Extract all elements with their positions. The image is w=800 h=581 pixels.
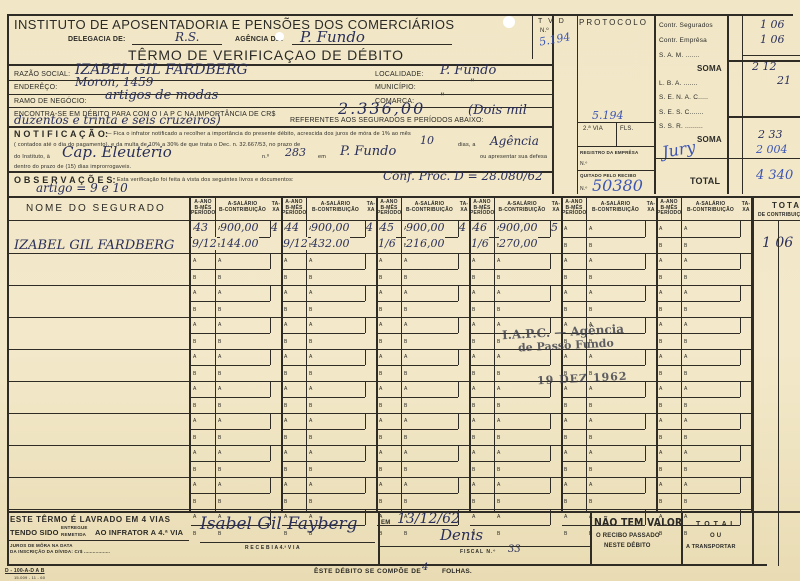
row-a-marker: A xyxy=(497,386,500,392)
summary-label: S. S. R. ......... xyxy=(659,123,703,130)
row-a-marker: A xyxy=(684,450,687,456)
row-b-marker: B xyxy=(404,307,407,313)
periodo-header: A-ANOB-MÊSPERÍODO xyxy=(377,200,401,217)
row-a-marker: A xyxy=(309,258,312,264)
summary-label: SOMA xyxy=(697,135,722,144)
row-a-marker: A xyxy=(404,482,407,488)
row-b-marker: B xyxy=(564,467,567,473)
row-a-marker: A xyxy=(379,386,382,392)
row-a-marker: A xyxy=(497,354,500,360)
summary-label: S. E. N. A. C..... xyxy=(659,94,708,101)
row-b-marker: B xyxy=(193,435,196,441)
row-a-marker: A xyxy=(218,418,221,424)
row-b-marker: B xyxy=(659,243,662,249)
row-a-marker: A xyxy=(684,258,687,264)
row-a-marker: A xyxy=(472,482,475,488)
row-a-marker: A xyxy=(564,386,567,392)
period-year: 46 xyxy=(473,221,487,234)
row-b-marker: B xyxy=(659,307,662,313)
row-b-marker: B xyxy=(309,339,312,345)
row-a-marker: A xyxy=(589,386,592,392)
protocolo-number: 5.194 xyxy=(592,109,624,122)
row-b-marker: B xyxy=(472,435,475,441)
row-b-marker: B xyxy=(309,467,312,473)
row-a-marker: A xyxy=(218,482,221,488)
ramo-label: RAMO DE NEGÓCIO: xyxy=(14,98,87,105)
date-stamp: 19 DEZ 1962 xyxy=(537,370,628,388)
registro-no: N.º xyxy=(580,161,587,167)
row-b-marker: B xyxy=(193,531,196,537)
row-b-marker: B xyxy=(497,371,500,377)
row-a-marker: A xyxy=(379,290,382,296)
row-b-marker: B xyxy=(193,403,196,409)
row-a-marker: A xyxy=(404,354,407,360)
periodo-header: A-ANOB-MÊSPERÍODO xyxy=(191,200,215,217)
row-b-marker: B xyxy=(379,467,382,473)
registro-label: REGISTRO DA EMPRÊSA xyxy=(580,150,638,155)
summary-value: 1 06 xyxy=(760,33,785,46)
prazo-value: 10 xyxy=(420,134,434,147)
period-months: 9/12 xyxy=(192,237,217,250)
row-a-marker: A xyxy=(193,514,196,520)
form-code: D - 100-A-D A B xyxy=(5,568,45,574)
row-a-marker: A xyxy=(193,482,196,488)
row-b-marker: B xyxy=(684,371,687,377)
row-b-marker: B xyxy=(589,435,592,441)
row-b-marker: B xyxy=(404,435,407,441)
row-b-marker: B xyxy=(564,243,567,249)
entregue-option: ENTREGUE xyxy=(61,525,88,530)
summary-total-label: TOTAL xyxy=(690,176,720,186)
row-b-marker: B xyxy=(659,275,662,281)
salario-header: A-SALÁRIOB-CONTRIBUIÇÃO xyxy=(215,202,270,213)
row-b-marker: B xyxy=(659,467,662,473)
via-label: 2.ª VIA xyxy=(583,126,603,132)
row-a-marker: A xyxy=(193,322,196,328)
row-a-marker: A xyxy=(659,226,662,232)
contribution-value: 432.00 xyxy=(311,237,350,250)
row-a-marker: A xyxy=(564,290,567,296)
row-a-marker: A xyxy=(659,450,662,456)
em-label: em xyxy=(318,154,326,160)
row-b-marker: B xyxy=(589,307,592,313)
row-a-marker: A xyxy=(564,514,567,520)
row-b-marker: B xyxy=(684,243,687,249)
summary-total-value: 4 340 xyxy=(756,168,793,183)
row-b-marker: B xyxy=(404,531,407,537)
numero-label: n.º xyxy=(262,154,269,160)
row-a-marker: A xyxy=(404,290,407,296)
row-b-marker: B xyxy=(564,307,567,313)
row-a-marker: A xyxy=(309,386,312,392)
row-a-marker: A xyxy=(659,418,662,424)
row-b-marker: B xyxy=(497,339,500,345)
row-b-marker: B xyxy=(379,339,382,345)
numero-value: 283 xyxy=(285,146,306,159)
row-a-marker: A xyxy=(589,290,592,296)
municipio-value: " xyxy=(470,78,475,89)
row-a-marker: A xyxy=(564,450,567,456)
fiscal-number: 33 xyxy=(508,544,521,555)
row-a-marker: A xyxy=(589,482,592,488)
row-a-marker: A xyxy=(684,290,687,296)
period-year: 44 xyxy=(285,221,299,234)
salary-value: 900,00 xyxy=(311,221,350,234)
row-b-marker: B xyxy=(472,275,475,281)
row-a-marker: A xyxy=(497,514,500,520)
row-b-marker: B xyxy=(193,371,196,377)
row-b-marker: B xyxy=(497,403,500,409)
row-b-marker: B xyxy=(284,467,287,473)
row-a-marker: A xyxy=(564,482,567,488)
folhas-count: 4 xyxy=(422,562,428,573)
notificacao-text: do Instituto, à xyxy=(14,154,50,160)
row-b-marker: B xyxy=(218,435,221,441)
notificacao-text: — Fica o infrator notificado a recolher … xyxy=(106,131,411,137)
row-a-marker: A xyxy=(497,482,500,488)
row-b-marker: B xyxy=(589,403,592,409)
form-title: TÊRMO DE VERIFICAÇAO DE DÉBITO xyxy=(128,47,404,63)
row-a-marker: A xyxy=(379,322,382,328)
salario-header: A-SALÁRIOB-CONTRIBUIÇÃO xyxy=(401,202,458,213)
row-a-marker: A xyxy=(589,418,592,424)
row-a-marker: A xyxy=(284,386,287,392)
salario-header: A-SALÁRIOB-CONTRIBUIÇÃO xyxy=(586,202,645,213)
row-b-marker: B xyxy=(497,435,500,441)
row-b-marker: B xyxy=(589,499,592,505)
row-b-marker: B xyxy=(284,499,287,505)
row-b-marker: B xyxy=(564,403,567,409)
localidade-value: P. Fundo xyxy=(440,63,496,78)
row-a-marker: A xyxy=(404,386,407,392)
row-b-marker: B xyxy=(379,371,382,377)
row-a-marker: A xyxy=(379,258,382,264)
comarca-value: " xyxy=(440,92,445,103)
summary-label: S. A. M. ....... xyxy=(659,52,699,59)
row-a-marker: A xyxy=(472,386,475,392)
row-a-marker: A xyxy=(589,354,592,360)
salario-header: A-SALÁRIOB-CONTRIBUIÇÃO xyxy=(681,202,740,213)
salario-header: A-SALÁRIOB-CONTRIBUIÇÃO xyxy=(306,202,365,213)
summary-label: Contr. Emprêsa xyxy=(659,37,707,44)
summary-value: 2 004 xyxy=(756,143,788,156)
row-a-marker: A xyxy=(309,450,312,456)
row-b-marker: B xyxy=(218,467,221,473)
row-a-marker: A xyxy=(284,418,287,424)
row-b-marker: B xyxy=(659,435,662,441)
row-b-marker: B xyxy=(284,371,287,377)
notificacao-text: dias, a xyxy=(458,142,476,148)
row-b-marker: B xyxy=(218,403,221,409)
row-b-marker: B xyxy=(589,467,592,473)
row-a-marker: A xyxy=(193,290,196,296)
row-b-marker: B xyxy=(193,275,196,281)
row-a-marker: A xyxy=(684,354,687,360)
ao-infrator-text: AO INFRATOR A 4.ª VIA xyxy=(95,528,183,537)
notificacao-title: N O T I F I C A Ç Ã O: xyxy=(14,129,108,139)
row-a-marker: A xyxy=(472,258,475,264)
row-a-marker: A xyxy=(659,322,662,328)
notificacao-address: Cap. Eleutério xyxy=(62,143,172,161)
tendo-sido-text: TENDO SIDO xyxy=(10,528,59,537)
row-a-marker: A xyxy=(684,226,687,232)
row-a-marker: A xyxy=(659,354,662,360)
row-a-marker: A xyxy=(497,258,500,264)
row-a-marker: A xyxy=(659,258,662,264)
row-b-marker: B xyxy=(284,403,287,409)
row-b-marker: B xyxy=(309,275,312,281)
row-b-marker: B xyxy=(404,467,407,473)
row-b-marker: B xyxy=(193,307,196,313)
row-a-marker: A xyxy=(218,450,221,456)
summary-value: 21 xyxy=(777,74,791,87)
row-b-marker: B xyxy=(497,307,500,313)
transportar-label: A TRANSPORTAR xyxy=(686,544,736,550)
tvd-label: T V D xyxy=(538,18,566,25)
row-a-marker: A xyxy=(193,258,196,264)
razao-social-label: RAZÃO SOCIAL: xyxy=(14,71,70,78)
row-b-marker: B xyxy=(218,499,221,505)
row-a-marker: A xyxy=(659,386,662,392)
row-b-marker: B xyxy=(218,371,221,377)
row-b-marker: B xyxy=(472,403,475,409)
agencia-value: P. Fundo xyxy=(300,28,365,46)
row-a-marker: A xyxy=(497,322,500,328)
row-a-marker: A xyxy=(472,322,475,328)
row-b-marker: B xyxy=(497,467,500,473)
fiscal-label: FISCAL N.º xyxy=(460,549,496,555)
row-a-marker: A xyxy=(218,386,221,392)
salary-value: 900,00 xyxy=(220,221,259,234)
summary-label: Contr. Segurados xyxy=(659,22,713,29)
row-b-marker: B xyxy=(193,467,196,473)
folhas-label: FOLHAS. xyxy=(442,568,472,575)
row-b-marker: B xyxy=(684,531,687,537)
row-b-marker: B xyxy=(284,307,287,313)
row-a-marker: A xyxy=(684,482,687,488)
row-b-marker: B xyxy=(684,275,687,281)
row-b-marker: B xyxy=(379,275,382,281)
summary-label: L. B. A. ....... xyxy=(659,80,698,87)
row-b-marker: B xyxy=(684,499,687,505)
row-a-marker: A xyxy=(497,418,500,424)
row-a-marker: A xyxy=(284,482,287,488)
row-b-marker: B xyxy=(472,499,475,505)
fls-label: FLS. xyxy=(620,126,633,132)
notificacao-city: P. Fundo xyxy=(340,144,396,159)
row-a-marker: A xyxy=(472,354,475,360)
row-a-marker: A xyxy=(379,450,382,456)
delegacia-value: R.S. xyxy=(175,30,199,44)
row-a-marker: A xyxy=(684,514,687,520)
punch-hole xyxy=(503,16,515,28)
total-subheader: DE CONTRIBUIÇÃO xyxy=(758,212,800,218)
row-b-marker: B xyxy=(379,499,382,505)
juros-text: JUROS DE MÔRA NA DATA xyxy=(10,543,73,548)
row-b-marker: B xyxy=(497,531,500,537)
row-b-marker: B xyxy=(309,499,312,505)
period-months: 1/6 xyxy=(378,237,396,250)
notificacao-text: dentro do prazo de (15) dias improrrogav… xyxy=(14,164,131,170)
em-date-value: 13/12/62 xyxy=(397,511,460,527)
salary-value: 900,00 xyxy=(406,221,445,234)
row-a-marker: A xyxy=(564,226,567,232)
row-a-marker: A xyxy=(309,418,312,424)
row-b-marker: B xyxy=(564,435,567,441)
debit-verification-form: INSTITUTO DE APOSENTADORIA E PENSÕES DOS… xyxy=(0,0,800,581)
row-b-marker: B xyxy=(472,339,475,345)
row-a-marker: A xyxy=(309,322,312,328)
row-b-marker: B xyxy=(218,339,221,345)
total-ou-label: O U xyxy=(710,533,721,539)
rate-value: 5 xyxy=(551,221,558,234)
row-a-marker: A xyxy=(684,386,687,392)
observacoes-value-2: artigo = 9 e 10 xyxy=(36,181,128,195)
periodo-header: A-ANOB-MÊSPERÍODO xyxy=(282,200,306,217)
row-b-marker: B xyxy=(684,339,687,345)
row-b-marker: B xyxy=(684,467,687,473)
period-months: 1/6 xyxy=(471,237,489,250)
compoe-label: ÊSTE DÉBITO SE COMPÕE DE xyxy=(314,568,421,575)
row-a-marker: A xyxy=(472,418,475,424)
row-b-marker: B xyxy=(472,371,475,377)
observacoes-value: Conf. Proc. D = 28.080/62 xyxy=(383,169,543,183)
row-a-marker: A xyxy=(193,450,196,456)
row-b-marker: B xyxy=(564,531,567,537)
row-b-marker: B xyxy=(684,403,687,409)
institute-name: INSTITUTO DE APOSENTADORIA E PENSÕES DOS… xyxy=(14,17,454,32)
juros-text-2: DA INSCRIÇÃO DA DÍVIDA: Cr$ ............… xyxy=(10,549,110,554)
row-b-marker: B xyxy=(472,307,475,313)
row-a-marker: A xyxy=(497,290,500,296)
row-b-marker: B xyxy=(472,467,475,473)
row-a-marker: A xyxy=(284,258,287,264)
row-a-marker: A xyxy=(472,450,475,456)
recibo-text: O RECIBO PASSADO xyxy=(596,533,660,539)
row-a-marker: A xyxy=(218,258,221,264)
municipio-label: MUNICÍPIO: xyxy=(375,84,416,91)
periodo-header: A-ANOB-MÊSPERÍODO xyxy=(657,200,681,217)
row-a-marker: A xyxy=(564,354,567,360)
row-b-marker: B xyxy=(564,275,567,281)
row-a-marker: A xyxy=(218,290,221,296)
endereco-value: Moron, 1459 xyxy=(75,75,153,89)
agencia-destination: Agência xyxy=(490,134,539,148)
row-b-marker: B xyxy=(404,371,407,377)
row-b-marker: B xyxy=(404,499,407,505)
row-b-marker: B xyxy=(284,275,287,281)
row-a-marker: A xyxy=(379,418,382,424)
delegacia-label: DELEGACIA DE: xyxy=(68,36,126,43)
summary-label: S. E. S. C....... xyxy=(659,109,704,116)
row-a-marker: A xyxy=(684,418,687,424)
row-a-marker: A xyxy=(309,290,312,296)
referentes-label: REFERENTES AOS SEGURADOS E PERÍODOS ABAI… xyxy=(290,117,484,124)
amount-words-2: duzentos e trinta e seis cruzeiros) xyxy=(14,113,221,127)
row-b-marker: B xyxy=(659,371,662,377)
period-months: 9/12 xyxy=(283,237,308,250)
row-a-marker: A xyxy=(284,450,287,456)
protocolo-label: PROTOCOLO xyxy=(579,18,648,27)
form-print-code: 15.009 - 11 - 60 xyxy=(14,575,45,580)
row-a-marker: A xyxy=(659,482,662,488)
row-a-marker: A xyxy=(564,258,567,264)
lavrado-text: ESTE TÊRMO É LAVRADO EM 4 VIAS xyxy=(10,515,171,524)
row-b-marker: B xyxy=(404,403,407,409)
row-b-marker: B xyxy=(404,339,407,345)
punch-hole xyxy=(275,32,284,41)
contribution-value: 144.00 xyxy=(220,237,259,250)
row-a-marker: A xyxy=(218,322,221,328)
row-b-marker: B xyxy=(379,435,382,441)
row-a-marker: A xyxy=(404,450,407,456)
notificacao-text: ou apresentar sua defesa xyxy=(480,154,547,160)
row-a-marker: A xyxy=(379,482,382,488)
rate-value: 4 xyxy=(271,221,278,234)
row-a-marker: A xyxy=(404,258,407,264)
row-b-marker: B xyxy=(564,499,567,505)
recibo-text-2: NESTE DÉBITO xyxy=(604,543,651,549)
row-b-marker: B xyxy=(404,275,407,281)
period-year: 45 xyxy=(380,221,394,234)
endereco-label: ENDERÊÇO: xyxy=(14,84,57,91)
row-b-marker: B xyxy=(379,403,382,409)
row-b-marker: B xyxy=(659,403,662,409)
row-a-marker: A xyxy=(589,258,592,264)
row-a-marker: A xyxy=(472,514,475,520)
periodo-header: A-ANOB-MÊSPERÍODO xyxy=(470,200,494,217)
fiscal-signature: Denis xyxy=(440,526,483,544)
row-a-marker: A xyxy=(284,290,287,296)
row-b-marker: B xyxy=(309,403,312,409)
row-b-marker: B xyxy=(309,371,312,377)
row-a-marker: A xyxy=(309,482,312,488)
rate-value: 4 xyxy=(366,221,373,234)
rate-value: 4 xyxy=(459,221,466,234)
row-a-marker: A xyxy=(684,322,687,328)
row-b-marker: B xyxy=(684,307,687,313)
recebi-label: R E C E B I A 4.ª V I A xyxy=(245,545,300,551)
observacoes-text: Esta verificação foi feita à vista dos s… xyxy=(117,177,294,183)
row-b-marker: B xyxy=(309,307,312,313)
periodo-header: A-ANOB-MÊSPERÍODO xyxy=(562,200,586,217)
row-b-marker: B xyxy=(193,339,196,345)
row-b-marker: B xyxy=(218,275,221,281)
row-a-marker: A xyxy=(193,354,196,360)
row-b-marker: B xyxy=(497,499,500,505)
total-header: TOTAL xyxy=(772,201,800,210)
contribution-value: 216,00 xyxy=(406,237,445,250)
row-a-marker: A xyxy=(379,354,382,360)
amount-words-1: (Dois mil xyxy=(468,103,527,118)
row-a-marker: A xyxy=(193,386,196,392)
em-date-label: EM xyxy=(381,520,390,526)
row-a-marker: A xyxy=(589,450,592,456)
contribution-value: 270,00 xyxy=(499,237,538,250)
row-b-marker: B xyxy=(659,339,662,345)
total-transport-label: T O T A L xyxy=(696,521,736,528)
salary-value: 900,00 xyxy=(499,221,538,234)
period-year: 43 xyxy=(194,221,208,234)
row-b-marker: B xyxy=(218,307,221,313)
summary-label: SOMA xyxy=(697,64,722,73)
row-a-marker: A xyxy=(284,322,287,328)
row-b-marker: B xyxy=(284,435,287,441)
row-a-marker: A xyxy=(497,450,500,456)
row-a-marker: A xyxy=(193,418,196,424)
debito-amount: 2.336,00 xyxy=(338,99,425,118)
row-a-marker: A xyxy=(472,290,475,296)
